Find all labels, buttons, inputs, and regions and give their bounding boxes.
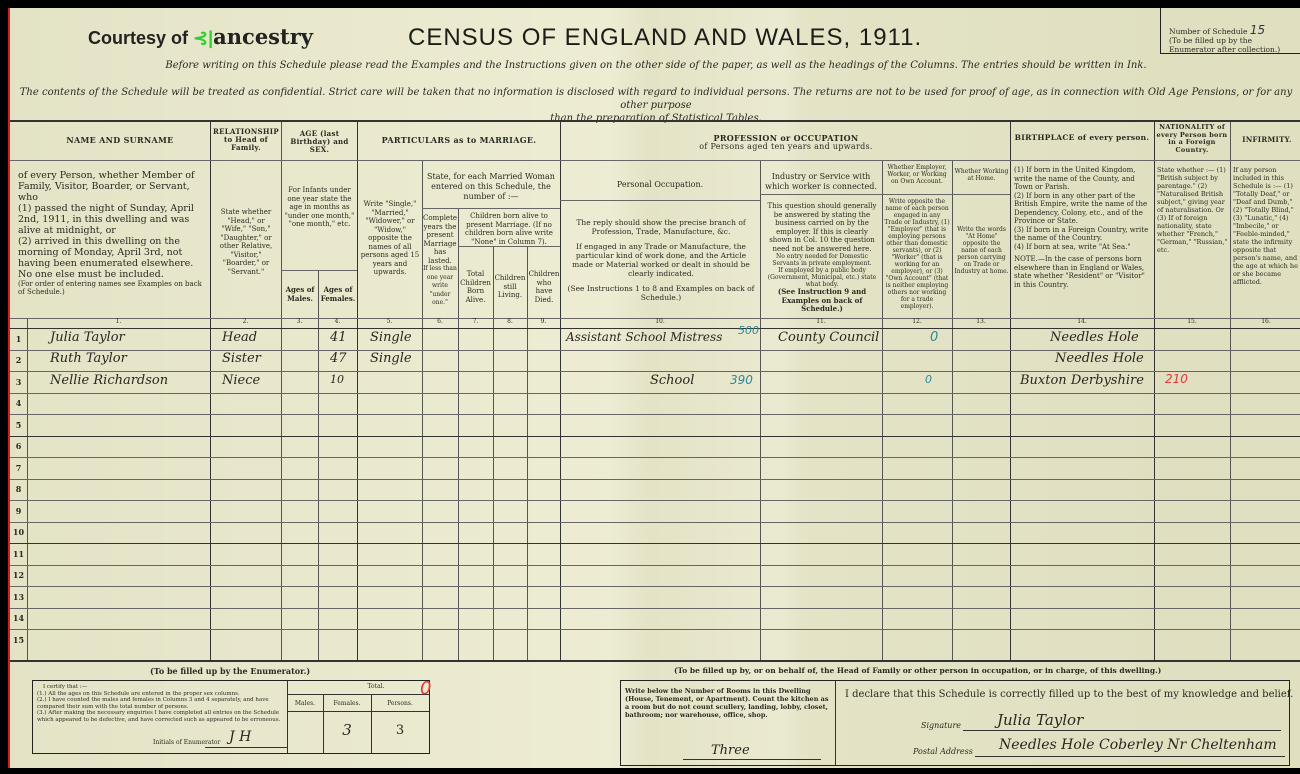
colnum-16: 16. [1230, 318, 1300, 325]
rooms-instruction: Write below the Number of Rooms in this … [625, 687, 831, 719]
birthplace-desc-5: NOTE.—In the case of persons born elsewh… [1014, 255, 1152, 289]
colnum-1: 1. [27, 318, 210, 325]
row-number: 8 [10, 484, 27, 494]
cell-occupation: School [650, 373, 694, 388]
header-infirmity-desc: If any person included in this Schedule … [1233, 166, 1300, 286]
colnum-4: 4. [318, 318, 357, 325]
certify-item-2: (2.) I have counted the males and female… [37, 697, 285, 710]
header-name-desc: of every Person, whether Member of Famil… [18, 170, 208, 296]
ancestry-leaf-icon: ⊰| [193, 28, 213, 48]
name-desc-2: (2) arrived in this dwelling on the morn… [18, 236, 208, 269]
females-label: Females. [323, 700, 371, 707]
head-section-title: (To be filled up by, or on behalf of, th… [674, 666, 1161, 675]
cell-birthplace: Buxton Derbyshire [1020, 373, 1144, 388]
name-desc-3: No one else must be included. [18, 269, 208, 280]
header-years-married: Completed years the present Marriage has… [423, 214, 457, 308]
enumerator-section-title: (To be filled up by the Enumerator.) [150, 666, 310, 676]
colnum-11: 11. [760, 318, 882, 325]
cell-industry: County Council [778, 330, 879, 345]
header-relationship: RELATIONSHIP to Head of Family. [212, 128, 280, 152]
row-number: 15 [10, 635, 27, 645]
schedule-number-label: Number of Schedule [1169, 27, 1247, 36]
personal-desc-1: The reply should show the precise branch… [566, 218, 756, 236]
page-title: CENSUS OF ENGLAND AND WALES, 1911. [408, 24, 922, 52]
ancestry-brand: ancestry [213, 24, 313, 49]
signature: Julia Taylor [997, 711, 1083, 729]
header-marriage: PARTICULARS as to MARRIAGE. [359, 136, 559, 145]
header-children-died: Children who have Died. [528, 270, 560, 304]
census-table: NAME AND SURNAME of every Person, whethe… [10, 120, 1300, 662]
cell-name: Julia Taylor [50, 330, 125, 345]
colnum-2: 2. [210, 318, 281, 325]
name-desc-1: (1) passed the night of Sunday, April 2n… [18, 203, 208, 236]
ancestry-courtesy-logo: Courtesy of ⊰|ancestry [88, 24, 313, 49]
cell-relationship: Head [222, 330, 257, 345]
courtesy-label: Courtesy of [88, 28, 188, 48]
colnum-5: 5. [357, 318, 422, 325]
schedule-number-value: 15 [1250, 23, 1265, 37]
header-relationship-desc: State whether "Head," or "Wife," "Son," … [214, 208, 278, 276]
cell-nationality-code: 210 [1165, 372, 1188, 386]
females-total: 3 [323, 721, 371, 739]
header-age: AGE (last Birthday) and SEX. [283, 130, 356, 154]
signature-label: Signature [921, 721, 961, 730]
cell-name: Ruth Taylor [50, 351, 127, 366]
birthplace-desc-2: (2) If born in any other part of the Bri… [1014, 192, 1152, 226]
row-number: 13 [10, 592, 27, 602]
cell-marital: Single [370, 351, 412, 366]
row-number: 1 [10, 334, 27, 344]
years-married-note: If less than one year write "under one." [423, 265, 457, 308]
header-personal-occupation: Personal Occupation. [562, 180, 758, 190]
postal-address: Needles Hole Coberley Nr Cheltenham [999, 737, 1277, 753]
header-at-home-desc: Write the words "At Home" opposite the n… [954, 226, 1009, 275]
row-number: 4 [10, 398, 27, 408]
cell-age-female: 47 [330, 351, 347, 366]
instruction-line: Before writing on this Schedule please r… [10, 60, 1300, 71]
cell-relationship: Sister [222, 351, 261, 366]
row-number: 5 [10, 420, 27, 430]
row-number: 3 [10, 377, 27, 387]
header-birthplace: BIRTHPLACE of every person. [1012, 134, 1152, 143]
total-label: Total. [323, 683, 429, 690]
row-number: 14 [10, 613, 27, 623]
enumerator-box: I certify that :— (1.) All the ages on t… [32, 680, 430, 754]
header-name: NAME AND SURNAME [30, 136, 210, 145]
males-label: Males. [287, 700, 323, 707]
header-nationality: NATIONALITY of every Person born in a Fo… [1156, 124, 1228, 154]
colnum-3: 3. [281, 318, 318, 325]
enumerator-certification: I certify that :— (1.) All the ages on t… [37, 684, 285, 723]
header-at-home: Whether Working at Home. [954, 168, 1009, 182]
rooms-count: Three [711, 743, 750, 758]
colnum-13: 13. [952, 318, 1010, 325]
cell-age-female: 10 [330, 373, 344, 386]
colnum-7: 7. [458, 318, 493, 325]
header-marital-desc: Write "Single," "Married," "Widower," or… [360, 200, 420, 277]
persons-total: 3 [371, 723, 429, 738]
cell-employer-code: 0 [925, 373, 932, 386]
cell-employer-code: 0 [930, 330, 938, 345]
colnum-9: 9. [527, 318, 560, 325]
row-number: 6 [10, 441, 27, 451]
header-personal-desc: The reply should show the precise branch… [566, 218, 756, 302]
row-number: 9 [10, 506, 27, 516]
cell-occupation-code: 390 [730, 373, 753, 387]
cell-name: Nellie Richardson [50, 373, 168, 388]
name-desc-4: (For order of entering names see Example… [18, 280, 208, 296]
header-industry-desc: This question should generally be answer… [764, 202, 880, 314]
header-industry: Industry or Service with which worker is… [762, 172, 880, 192]
header-children-born: Children born alive to present Marriage.… [460, 212, 558, 246]
confidential-line-1: The contents of the Schedule will be tre… [10, 86, 1300, 112]
years-married-label: Completed years the present Marriage has… [423, 214, 457, 265]
cell-birthplace: Needles Hole [1055, 351, 1144, 366]
persons-label: Persons. [371, 700, 429, 707]
birthplace-desc-4: (4) If born at sea, write "At Sea." [1014, 243, 1152, 252]
header-birthplace-desc: (1) If born in the United Kingdom, write… [1014, 166, 1152, 289]
cell-occupation-code: 500 [738, 324, 759, 337]
industry-desc-4: (See Instruction 9 and Examples on back … [764, 288, 880, 314]
header-infirmity: INFIRMITY. [1232, 136, 1300, 145]
header-total-children: Total Children Born Alive. [459, 270, 492, 304]
cell-occupation: Assistant School Mistress [566, 330, 722, 344]
birthplace-desc-1: (1) If born in the United Kingdom, write… [1014, 166, 1152, 192]
postal-address-label: Postal Address [913, 747, 973, 756]
certify-item-3: (3.) After making the necessary enquirie… [37, 710, 285, 723]
industry-desc-3: If employed by a public body (Government… [764, 267, 880, 288]
cell-birthplace: Needles Hole [1050, 330, 1139, 345]
colnum-10: 10. [560, 318, 760, 325]
initials-label: Initials of Enumerator [153, 739, 220, 746]
row-number: 2 [10, 355, 27, 365]
colnum-14: 14. [1010, 318, 1154, 325]
personal-desc-2: If engaged in any Trade or Manufacture, … [566, 242, 756, 278]
header-ages-females: Ages of Females. [320, 286, 356, 303]
header-profession: PROFESSION or OCCUPATION of Persons aged… [562, 134, 1010, 151]
colnum-8: 8. [493, 318, 527, 325]
cell-age-female: 41 [330, 330, 347, 345]
row-number: 7 [10, 463, 27, 473]
colnum-6: 6. [422, 318, 458, 325]
cell-marital: Single [370, 330, 412, 345]
name-desc-intro: of every Person, whether Member of Famil… [18, 170, 208, 203]
personal-desc-3: (See Instructions 1 to 8 and Examples on… [566, 284, 756, 302]
header-employer: Whether Employer, Worker, or Working on … [884, 164, 950, 185]
row-number: 11 [10, 549, 27, 559]
colnum-12: 12. [882, 318, 952, 325]
colnum-15: 15. [1154, 318, 1230, 325]
profession-subtitle: of Persons aged ten years and upwards. [562, 143, 1010, 152]
declaration-text: I declare that this Schedule is correctl… [845, 689, 1293, 700]
enumerator-initials: J H [229, 729, 251, 745]
birthplace-desc-3: (3) If born in a Foreign Country, write … [1014, 226, 1152, 243]
red-check-mark: 0 [420, 678, 431, 699]
row-number: 10 [10, 527, 27, 537]
row-number: 12 [10, 570, 27, 580]
header-employer-desc: Write opposite the name of each person e… [884, 198, 950, 310]
header-children-living: Children still Living. [494, 274, 526, 300]
header-ages-males: Ages of Males. [283, 286, 317, 303]
schedule-number-box: Number of Schedule 15 (To be filled up b… [1160, 8, 1300, 54]
census-schedule-page: Courtesy of ⊰|ancestry CENSUS OF ENGLAND… [8, 8, 1300, 768]
schedule-number-note: (To be filled up by the Enumerator after… [1169, 36, 1295, 54]
header-nationality-desc: State whether :— (1) "British subject by… [1157, 166, 1229, 254]
header-age-desc: For Infants under one year state the age… [283, 186, 356, 229]
header-married-woman: State, for each Married Woman entered on… [424, 172, 558, 202]
industry-desc-1: This question should generally be answer… [764, 202, 880, 253]
head-declaration-box: Write below the Number of Rooms in this … [620, 680, 1290, 766]
industry-desc-2: No entry needed for Domestic Servants in… [764, 253, 880, 267]
cell-relationship: Niece [222, 373, 260, 388]
